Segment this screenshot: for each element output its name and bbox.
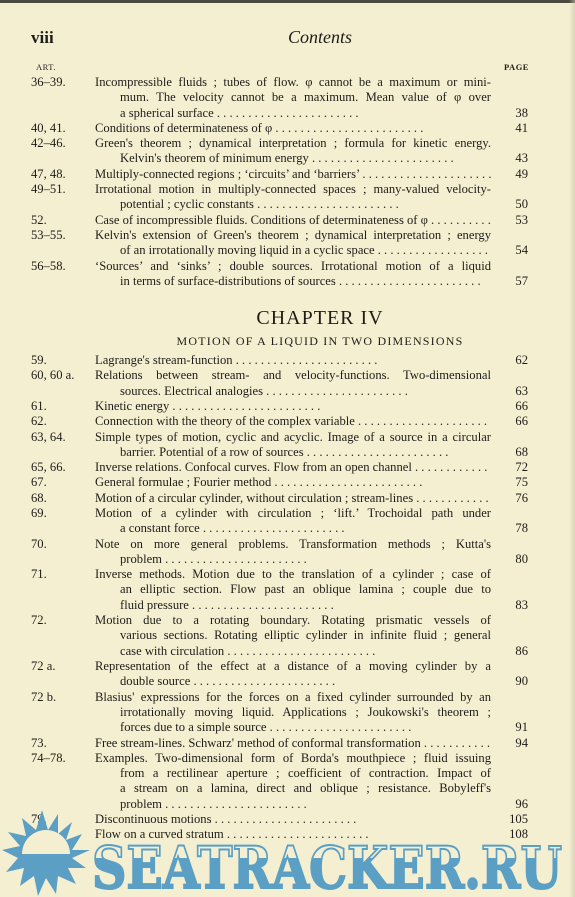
page-ref: 38 xyxy=(500,106,528,121)
article-number: 70. xyxy=(31,537,91,552)
page-ref: 62 xyxy=(500,353,528,368)
entry-text: Conditions of determinateness of φ . . .… xyxy=(95,121,491,136)
article-number: 69. xyxy=(31,506,91,521)
entry-text: a stream on a lamina, direct and oblique… xyxy=(120,781,491,796)
page-ref: 75 xyxy=(500,475,528,490)
entry-text: fluid pressure . . . . . . . . . . . . .… xyxy=(120,598,491,613)
page-ref: 86 xyxy=(500,644,528,659)
page-ref: 50 xyxy=(500,197,528,212)
article-number: 56–58. xyxy=(31,259,91,274)
entry-text: Incompressible fluids ; tubes of flow. φ… xyxy=(95,75,491,90)
entry-text: irrotationally moving liquid. Applicatio… xyxy=(120,705,491,720)
entry-text: barrier. Potential of a row of sources .… xyxy=(120,445,491,460)
entry-text: Kinetic energy . . . . . . . . . . . . .… xyxy=(95,399,491,414)
article-number: 63, 64. xyxy=(31,430,91,445)
page-ref: 54 xyxy=(500,243,528,258)
entry-text: Examples. Two-dimensional form of Borda'… xyxy=(95,751,491,766)
entry-text: in terms of surface-distributions of sou… xyxy=(120,274,491,289)
entry-text: General formulae ; Fourier method . . . … xyxy=(95,475,491,490)
article-number: 79. xyxy=(31,812,91,827)
page-ref: 53 xyxy=(500,213,528,228)
entry-text: Irrotational motion in multiply-connecte… xyxy=(95,182,491,197)
entry-text: from a rectilinear aperture ; coefficien… xyxy=(120,766,491,781)
article-number: 74–78. xyxy=(31,751,91,766)
page-title: Contents xyxy=(0,27,575,48)
entry-text: of an irrotationally moving liquid in a … xyxy=(120,243,491,258)
page-ref: 90 xyxy=(500,674,528,689)
entry-text: forces due to a simple source . . . . . … xyxy=(120,720,491,735)
entry-text: Relations between stream- and velocity-f… xyxy=(95,368,491,383)
article-number: 60, 60 a. xyxy=(31,368,91,383)
page-ref: 94 xyxy=(500,736,528,751)
entry-text: Kelvin's theorem of minimum energy . . .… xyxy=(120,151,491,166)
entry-text: Lagrange's stream-function . . . . . . .… xyxy=(95,353,491,368)
page-ref: 76 xyxy=(500,491,528,506)
entry-text: Kelvin's extension of Green's theorem ; … xyxy=(95,228,491,243)
article-number: 42–46. xyxy=(31,136,91,151)
entry-text: sources. Electrical analogies . . . . . … xyxy=(120,384,491,399)
page-ref: 108 xyxy=(500,827,528,842)
page-ref: 96 xyxy=(500,797,528,812)
page-ref: 49 xyxy=(500,167,528,182)
entry-text: problem . . . . . . . . . . . . . . . . … xyxy=(120,797,491,812)
article-number: 67. xyxy=(31,475,91,490)
page-ref: 105 xyxy=(500,812,528,827)
article-number: 72 a. xyxy=(31,659,91,674)
article-number: 62. xyxy=(31,414,91,429)
article-number: 73. xyxy=(31,736,91,751)
entry-text: Connection with the theory of the comple… xyxy=(95,414,491,429)
chapter-heading: CHAPTER IV xyxy=(0,307,575,330)
entry-text: a constant force . . . . . . . . . . . .… xyxy=(120,521,491,536)
page-ref: 68 xyxy=(500,445,528,460)
article-number: 61. xyxy=(31,399,91,414)
column-header-page: PAGE xyxy=(504,62,529,72)
entry-text: Motion due to a rotating boundary. Rotat… xyxy=(95,613,491,628)
page-ref: 57 xyxy=(500,274,528,289)
entry-text: Representation of the effect at a distan… xyxy=(95,659,491,674)
entry-text: Note on more general problems. Transform… xyxy=(95,537,491,552)
entry-text: Simple types of motion, cyclic and acycl… xyxy=(95,430,491,445)
entry-text: Inverse relations. Confocal curves. Flow… xyxy=(95,460,491,475)
entry-text: ‘Sources’ and ‘sinks’ ; double sources. … xyxy=(95,259,491,274)
entry-text: Motion of a circular cylinder, without c… xyxy=(95,491,491,506)
watermark-text-fill: SEATRACKER.RU xyxy=(92,834,562,897)
article-number: 40, 41. xyxy=(31,121,91,136)
article-number: 53–55. xyxy=(31,228,91,243)
entry-text: an elliptic section. Flow past an obliqu… xyxy=(120,582,491,597)
article-number: 72. xyxy=(31,613,91,628)
entry-text: Inverse methods. Motion due to the trans… xyxy=(95,567,491,582)
entry-text: case with circulation . . . . . . . . . … xyxy=(120,644,491,659)
page-ref: 83 xyxy=(500,598,528,613)
page-ref: 66 xyxy=(500,414,528,429)
page-ref: 91 xyxy=(500,720,528,735)
page-ref: 80 xyxy=(500,552,528,567)
entry-text: mum. The velocity cannot be a maximum. M… xyxy=(120,90,491,105)
article-number: 72 b. xyxy=(31,690,91,705)
entry-text: problem . . . . . . . . . . . . . . . . … xyxy=(120,552,491,567)
article-number: 49–51. xyxy=(31,182,91,197)
entry-text: potential ; cyclic constants . . . . . .… xyxy=(120,197,491,212)
scan-top-border xyxy=(0,0,575,3)
entry-text: Discontinuous motions . . . . . . . . . … xyxy=(95,812,491,827)
column-header-art: ART. xyxy=(36,62,56,72)
page-edge-shadow xyxy=(569,0,575,897)
entry-text: double source . . . . . . . . . . . . . … xyxy=(120,674,491,689)
chapter-subtitle: MOTION OF A LIQUID IN TWO DIMENSIONS xyxy=(0,334,575,349)
article-number: 59. xyxy=(31,353,91,368)
page-ref: 78 xyxy=(500,521,528,536)
article-number: 47, 48. xyxy=(31,167,91,182)
article-number: 36–39. xyxy=(31,75,91,90)
page-ref: 72 xyxy=(500,460,528,475)
page-ref: 43 xyxy=(500,151,528,166)
watermark-text: SEATRACKER.RU xyxy=(92,834,562,897)
article-number: 65, 66. xyxy=(31,460,91,475)
page-ref: 41 xyxy=(500,121,528,136)
entry-text: Multiply-connected regions ; ‘circuits’ … xyxy=(95,167,491,182)
entry-text: various sections. Rotating elliptic cyli… xyxy=(120,628,491,643)
article-number: 52. xyxy=(31,213,91,228)
entry-text: Blasius' expressions for the forces on a… xyxy=(95,690,491,705)
entry-text: Motion of a cylinder with circulation ; … xyxy=(95,506,491,521)
entry-text: Flow on a curved stratum . . . . . . . .… xyxy=(95,827,491,842)
entry-text: a spherical surface . . . . . . . . . . … xyxy=(120,106,491,121)
entry-text: Green's theorem ; dynamical interpretati… xyxy=(95,136,491,151)
article-number: 80. xyxy=(31,827,91,842)
article-number: 68. xyxy=(31,491,91,506)
article-number: 71. xyxy=(31,567,91,582)
page-ref: 66 xyxy=(500,399,528,414)
entry-text: Free stream-lines. Schwarz' method of co… xyxy=(95,736,491,751)
entry-text: Case of incompressible fluids. Condition… xyxy=(95,213,491,228)
page-ref: 63 xyxy=(500,384,528,399)
